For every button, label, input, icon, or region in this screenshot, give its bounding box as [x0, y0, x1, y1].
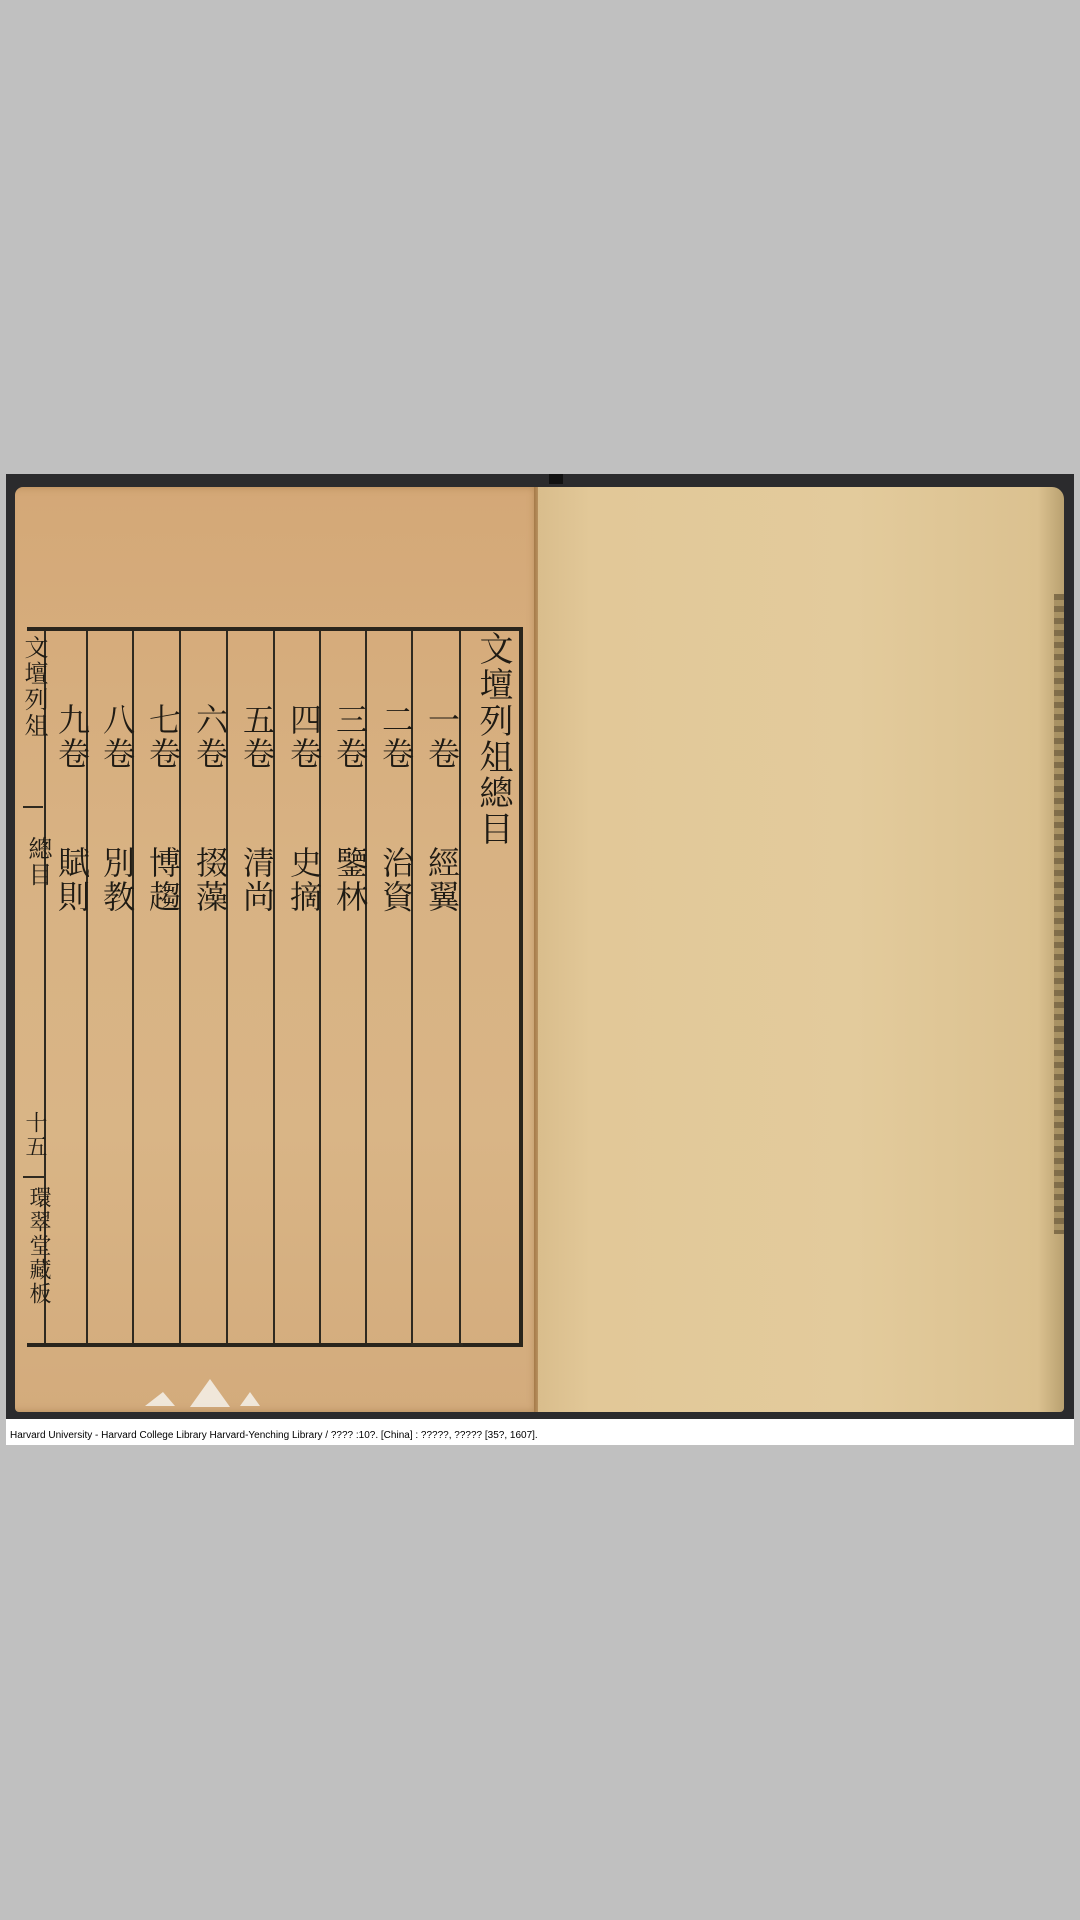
volume-5-topic: 清尚 [234, 846, 280, 914]
margin-book-title: 文壇列俎 [17, 635, 52, 739]
page-damage [240, 1392, 260, 1406]
volume-7-label: 七卷 [140, 703, 186, 771]
volume-9-label: 九卷 [49, 703, 95, 771]
volume-6-label: 六卷 [187, 703, 233, 771]
image-viewer: 文壇列俎總目 一卷 經翼 二卷 治資 三卷 鑒林 四卷 史摘 五卷 清尚 六卷 … [6, 474, 1074, 1445]
toc-title: 文壇列俎總目 [469, 631, 518, 847]
left-page: 文壇列俎總目 一卷 經翼 二卷 治資 三卷 鑒林 四卷 史摘 五卷 清尚 六卷 … [15, 487, 541, 1412]
table-of-contents-frame: 文壇列俎總目 一卷 經翼 二卷 治資 三卷 鑒林 四卷 史摘 五卷 清尚 六卷 … [27, 627, 523, 1347]
volume-4-topic: 史摘 [281, 846, 327, 914]
image-caption: Harvard University - Harvard College Lib… [10, 1430, 538, 1441]
volume-1-label: 一卷 [419, 703, 465, 771]
margin-page-number: 十五 [19, 1111, 50, 1159]
title-column-foot [411, 1343, 463, 1346]
volume-3-topic: 鑒林 [327, 846, 373, 914]
page-damage [190, 1379, 230, 1407]
margin-section: 總目 [21, 836, 56, 888]
volume-5-label: 五卷 [234, 703, 280, 771]
volume-2-topic: 治資 [373, 846, 419, 914]
page-damage [145, 1392, 175, 1406]
volume-8-topic: 別教 [94, 846, 140, 914]
volume-7-topic: 博趨 [140, 846, 186, 914]
spine-top [549, 474, 563, 484]
fish-tail-mark [23, 806, 43, 808]
volume-1-topic: 經翼 [419, 846, 465, 914]
volume-8-label: 八卷 [94, 703, 140, 771]
volume-2-label: 二卷 [373, 703, 419, 771]
volume-3-label: 三卷 [327, 703, 373, 771]
volume-4-label: 四卷 [281, 703, 327, 771]
margin-publisher: 環翠堂藏板 [23, 1186, 54, 1306]
page-edge-stack [1054, 594, 1064, 1234]
scanned-book-image: 文壇列俎總目 一卷 經翼 二卷 治資 三卷 鑒林 四卷 史摘 五卷 清尚 六卷 … [6, 474, 1074, 1419]
volume-6-topic: 掇藻 [187, 846, 233, 914]
right-page-blank [538, 487, 1064, 1412]
margin-divider [23, 1176, 45, 1178]
